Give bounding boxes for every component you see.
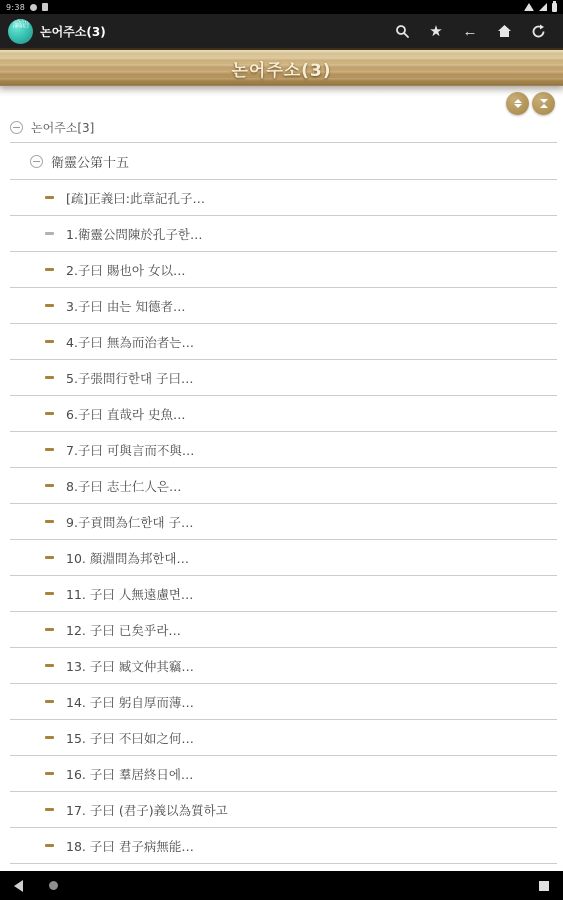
- item-dash-marker: [45, 556, 54, 559]
- tree-item[interactable]: 5.子張問行한대 子曰…: [10, 360, 557, 396]
- tree-item[interactable]: 7.子曰 可與言而不與…: [10, 432, 557, 468]
- battery-icon: [552, 3, 557, 12]
- item-dash-marker: [45, 520, 54, 523]
- item-dash-marker: [45, 484, 54, 487]
- tree-item[interactable]: 16. 子曰 羣居終日에…: [10, 756, 557, 792]
- action-bar: 論語 논어주소(3) ★ ←: [0, 14, 563, 48]
- tree-list: [疏]正義曰:此章記孔子… 1.衛靈公問陳於孔子한… 2.子曰 賜也아 女以… …: [10, 180, 557, 864]
- notification-card-icon: [42, 3, 48, 11]
- wifi-icon: [524, 3, 534, 11]
- tree-item-label: 15. 子曰 不曰如之何…: [66, 729, 194, 747]
- home-icon[interactable]: [487, 16, 521, 46]
- tree-item[interactable]: [疏]正義曰:此章記孔子…: [10, 180, 557, 216]
- recents-square-icon[interactable]: [539, 881, 549, 891]
- item-dash-marker: [45, 232, 54, 235]
- triangle-down-icon: [540, 99, 548, 103]
- expand-all-button[interactable]: [506, 92, 529, 115]
- tree-item[interactable]: 6.子曰 直哉라 史魚…: [10, 396, 557, 432]
- item-dash-marker: [45, 196, 54, 199]
- book-title-header: 논어주소(3): [0, 48, 563, 86]
- tree-item-label: 6.子曰 直哉라 史魚…: [66, 405, 185, 423]
- tree-item[interactable]: 3.子曰 由는 知德者…: [10, 288, 557, 324]
- tree-item-label: 9.子貢問為仁한대 子…: [66, 513, 194, 531]
- android-nav-bar: [0, 871, 563, 900]
- search-icon[interactable]: [385, 16, 419, 46]
- collapse-minus-icon[interactable]: [30, 155, 43, 168]
- tree-item[interactable]: 2.子曰 賜也아 女以…: [10, 252, 557, 288]
- tree-item-label: 3.子曰 由는 知德者…: [66, 297, 185, 315]
- back-arrow-icon[interactable]: ←: [453, 16, 487, 46]
- tree-item[interactable]: 12. 子曰 已矣乎라…: [10, 612, 557, 648]
- tree-item-label: 1.衛靈公問陳於孔子한…: [66, 225, 203, 243]
- triangle-up-icon: [514, 99, 522, 103]
- book-title: 논어주소(3): [231, 56, 331, 81]
- tree-section-node[interactable]: 衛靈公第十五: [10, 143, 557, 180]
- tree-item-label: 14. 子曰 躬自厚而薄…: [66, 693, 194, 711]
- item-dash-marker: [45, 664, 54, 667]
- tree-item[interactable]: 15. 子曰 不曰如之何…: [10, 720, 557, 756]
- back-triangle-icon[interactable]: [14, 880, 23, 892]
- tree-item-label: 4.子曰 無為而治者는…: [66, 333, 194, 351]
- tree-item-label: 2.子曰 賜也아 女以…: [66, 261, 185, 279]
- tree-item-label: 16. 子曰 羣居終日에…: [66, 765, 193, 783]
- signal-icon: [539, 3, 547, 11]
- tree-root-node[interactable]: 논어주소[3]: [10, 112, 557, 143]
- tree-item-label: 7.子曰 可與言而不與…: [66, 441, 194, 459]
- status-time: 9:38: [6, 3, 25, 12]
- app-seal-glyph: 論語: [8, 19, 33, 44]
- item-dash-marker: [45, 736, 54, 739]
- tree-item-label: 13. 子曰 臧文仲其竊…: [66, 657, 194, 675]
- item-dash-marker: [45, 448, 54, 451]
- item-dash-marker: [45, 628, 54, 631]
- collapse-minus-icon[interactable]: [10, 121, 23, 134]
- notification-globe-icon: [30, 4, 37, 11]
- tree-root-label: 논어주소[3]: [31, 119, 94, 136]
- tree-item[interactable]: 14. 子曰 躬自厚而薄…: [10, 684, 557, 720]
- toc-tree: 논어주소[3] 衛靈公第十五 [疏]正義曰:此章記孔子… 1.衛靈公問陳於孔子한…: [0, 86, 563, 864]
- tree-item[interactable]: 17. 子曰 (君子)義以為質하고: [10, 792, 557, 828]
- tree-item[interactable]: 9.子貢問為仁한대 子…: [10, 504, 557, 540]
- tree-item-label: 11. 子曰 人無遠慮면…: [66, 585, 193, 603]
- item-dash-marker: [45, 772, 54, 775]
- tree-item[interactable]: 1.衛靈公問陳於孔子한…: [10, 216, 557, 252]
- tree-item-label: [疏]正義曰:此章記孔子…: [66, 189, 205, 207]
- refresh-icon[interactable]: [521, 16, 555, 46]
- item-dash-marker: [45, 268, 54, 271]
- triangle-down-icon: [514, 104, 522, 108]
- tree-item-label: 10. 顏淵問為邦한대…: [66, 549, 189, 567]
- tree-item-label: 12. 子曰 已矣乎라…: [66, 621, 181, 639]
- action-bar-title: 논어주소(3): [40, 23, 385, 40]
- item-dash-marker: [45, 808, 54, 811]
- status-bar: 9:38: [0, 0, 563, 14]
- item-dash-marker: [45, 844, 54, 847]
- tree-item[interactable]: 11. 子曰 人無遠慮면…: [10, 576, 557, 612]
- tree-item-label: 17. 子曰 (君子)義以為質하고: [66, 801, 228, 819]
- tree-item-label: 8.子曰 志士仁人은…: [66, 477, 181, 495]
- item-dash-marker: [45, 592, 54, 595]
- tree-item[interactable]: 13. 子曰 臧文仲其竊…: [10, 648, 557, 684]
- star-icon[interactable]: ★: [419, 16, 453, 46]
- content-area: 논어주소[3] 衛靈公第十五 [疏]正義曰:此章記孔子… 1.衛靈公問陳於孔子한…: [0, 86, 563, 871]
- tree-item[interactable]: 18. 子曰 君子病無能…: [10, 828, 557, 864]
- tree-item-label: 5.子張問行한대 子曰…: [66, 369, 194, 387]
- item-dash-marker: [45, 376, 54, 379]
- triangle-up-icon: [540, 104, 548, 108]
- item-dash-marker: [45, 340, 54, 343]
- tree-item[interactable]: 10. 顏淵問為邦한대…: [10, 540, 557, 576]
- tree-item[interactable]: 4.子曰 無為而治者는…: [10, 324, 557, 360]
- tree-item-label: 18. 子曰 君子病無能…: [66, 837, 194, 855]
- tree-section-label: 衛靈公第十五: [51, 152, 129, 171]
- app-seal-icon: 論語: [8, 19, 33, 44]
- collapse-all-button[interactable]: [532, 92, 555, 115]
- item-dash-marker: [45, 304, 54, 307]
- item-dash-marker: [45, 700, 54, 703]
- tree-item[interactable]: 8.子曰 志士仁人은…: [10, 468, 557, 504]
- item-dash-marker: [45, 412, 54, 415]
- home-circle-icon[interactable]: [49, 881, 58, 890]
